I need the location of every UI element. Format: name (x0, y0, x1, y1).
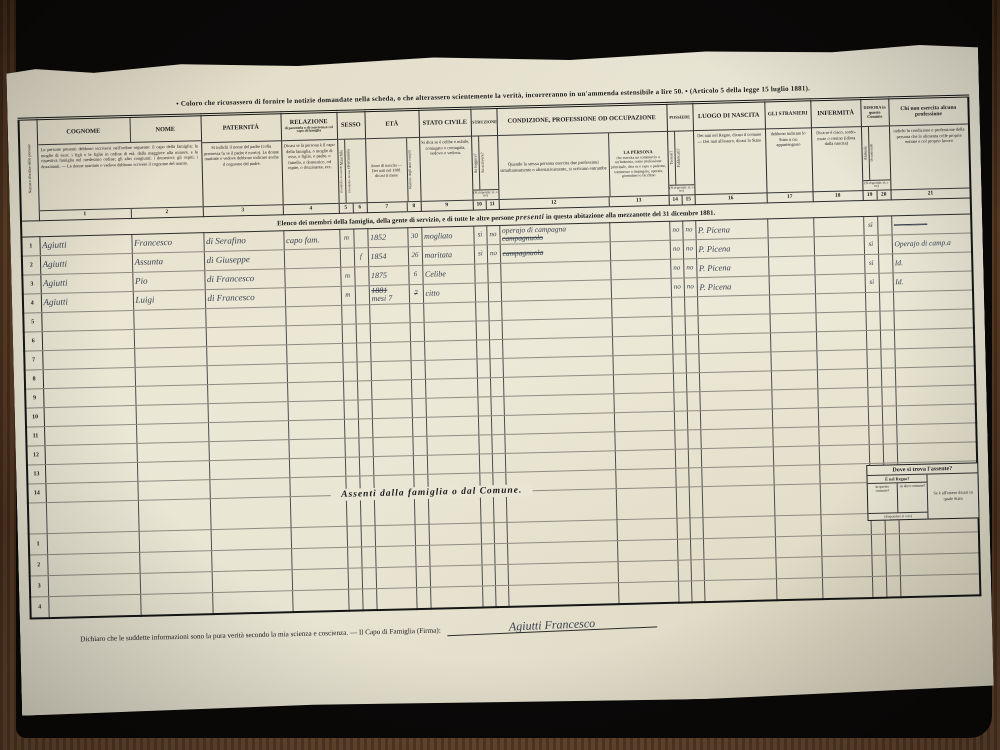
cell-sesso_f (357, 362, 371, 381)
cell-infermita (822, 555, 872, 577)
cell-occasionale (886, 576, 901, 598)
cell-stato (425, 359, 477, 379)
cell-anno (370, 323, 410, 343)
col-header-paternita: PATERNITÀ Si indichi il nome del padre (… (200, 113, 282, 217)
cell-paternita (208, 440, 288, 461)
cell-terreni (678, 581, 692, 603)
cell-scrive (495, 564, 509, 585)
row-number: 12 (26, 446, 44, 465)
cell-terreni (671, 297, 684, 316)
cell-paternita (206, 326, 286, 347)
cell-nome (140, 572, 212, 595)
cell-nome (135, 385, 207, 406)
cell-luogo (699, 352, 771, 373)
cell-anni: 6 (408, 265, 422, 284)
cell-abituale (868, 425, 882, 444)
cell-luogo (699, 390, 771, 411)
cell-sesso_f (362, 568, 377, 589)
cell-abituale: sì (864, 254, 878, 273)
cell-cognome (42, 348, 134, 369)
cell-nome (136, 423, 208, 444)
cell-stranieri (767, 218, 813, 238)
cell-terreni: no (671, 278, 684, 297)
col-header-cognome-nome: COGNOME NOME Le persone presenti debbono… (37, 115, 203, 221)
cell-sesso_m (347, 526, 362, 547)
in-altro-comune-label: in altro comune? (897, 483, 928, 513)
cell-persona (610, 259, 670, 279)
cell-luogo: P. Picena (696, 238, 768, 259)
cell-infermita (819, 445, 869, 465)
cell-fabbricati (685, 354, 698, 373)
cell-anno (369, 304, 409, 324)
cell-luogo: P. Picena (696, 257, 768, 278)
cell-stranieri (769, 275, 815, 295)
row-number: 11 (26, 427, 44, 446)
cell-relazione (292, 568, 348, 590)
cell-terreni: no (670, 240, 683, 259)
cell-sesso_m: m (340, 267, 354, 286)
cell-sesso_m (342, 324, 356, 343)
cell-sesso_f (359, 457, 373, 476)
cell-stranieri (770, 332, 816, 352)
row-number: 8 (25, 370, 43, 389)
cell-relazione (286, 324, 342, 344)
cell-paternita (211, 528, 291, 551)
cell-legge: sì (473, 226, 486, 245)
cell-scrive (494, 543, 508, 564)
cell-terreni (673, 392, 686, 411)
cell-stranieri (771, 370, 817, 390)
cell-occasionale (880, 311, 894, 330)
col-header-condizione: CONDIZIONE, PROFESSIONE OD OCCUPAZIONE Q… (496, 103, 668, 209)
cell-cognome (48, 573, 140, 596)
cell-nome (136, 442, 208, 463)
row-number: 4 (23, 294, 41, 313)
cell-anni (413, 455, 427, 474)
cell-scrive (490, 377, 503, 396)
cell-stato (423, 302, 475, 322)
cell-persona (618, 581, 679, 604)
cell-luogo (703, 537, 775, 560)
cell-terreni (677, 539, 691, 560)
cell-infermita (821, 534, 871, 556)
cell-sesso_f (356, 343, 370, 362)
cell-anno (376, 588, 417, 610)
cell-occasionale (881, 387, 895, 406)
head-of-family-signature: Agiutti Francesco (447, 614, 657, 636)
cell-abituale (866, 349, 880, 368)
cell-scrive (490, 396, 503, 415)
cell-infermita (816, 350, 866, 370)
cell-stato: maritata (422, 245, 474, 265)
cell-stato: citto (423, 283, 475, 303)
cell-sesso_f (354, 267, 368, 286)
cell-legge (477, 397, 490, 416)
cell-scrive (487, 263, 500, 282)
col-header-relazione: RELAZIONE di parentela o di convivenza c… (280, 111, 338, 214)
cell-persona (611, 297, 671, 317)
cell-nome: Assunta (132, 252, 204, 273)
cell-luogo: P. Picena (695, 219, 767, 240)
cell-anno (372, 437, 412, 457)
cell-scrive (488, 301, 501, 320)
row-number: 3 (22, 275, 40, 294)
cell-sesso_f (361, 526, 376, 547)
cell-chi_non (896, 404, 976, 425)
cell-fabbricati (685, 335, 698, 354)
cell-luogo (704, 579, 777, 602)
cell-infermita (818, 426, 868, 446)
cell-terreni (675, 449, 688, 468)
cell-chi_non (893, 290, 973, 311)
cell-stato: mogliato (421, 226, 473, 246)
cell-relazione (287, 381, 343, 401)
cell-relazione (284, 267, 340, 287)
cell-sesso_m (344, 438, 358, 457)
cell-paternita (212, 591, 293, 614)
cell-chi_non: ————— (891, 214, 971, 235)
cell-cognome (48, 594, 140, 618)
cell-sesso_f (357, 381, 371, 400)
cell-fabbricati (687, 430, 700, 449)
cell-nome (135, 366, 207, 387)
cell-sesso_f (356, 324, 370, 343)
cell-stato (424, 340, 476, 360)
cell-fabbricati: no (684, 278, 697, 297)
cell-occasionale (883, 444, 897, 463)
cell-nome (140, 593, 213, 616)
cell-persona (613, 373, 673, 393)
cell-occasionale (880, 330, 894, 349)
cell-fabbricati (688, 449, 701, 468)
cell-terreni: no (669, 221, 682, 240)
cell-relazione (291, 526, 347, 548)
cell-anno: 1875 (368, 266, 408, 286)
cell-paternita: di Giuseppe (204, 250, 284, 271)
cell-terreni (678, 560, 692, 581)
cell-relazione: capo fam. (283, 229, 339, 249)
cell-chi_non (894, 347, 974, 368)
cell-abituale (866, 330, 880, 349)
cell-sesso_f (355, 305, 369, 324)
cell-legge (477, 378, 490, 397)
cell-cognome (44, 405, 136, 426)
cell-cognome: Agiutti (39, 234, 131, 255)
se-estero-label: Se è all'estero dicasi in quale Stato (928, 473, 979, 518)
cell-infermita (813, 217, 863, 237)
cell-relazione (289, 457, 345, 477)
cell-scrive (494, 522, 508, 543)
cell-luogo (699, 371, 771, 392)
cell-cognome (44, 424, 136, 445)
cell-terreni (673, 373, 686, 392)
cell-abituale (866, 311, 880, 330)
cell-relazione (287, 362, 343, 382)
cell-abituale (871, 534, 886, 555)
cell-nome (136, 404, 208, 425)
cell-nome (139, 551, 211, 574)
census-sheet: • Coloro che ricusassero di fornire le n… (6, 42, 994, 716)
cell-cognome (43, 367, 135, 388)
cell-legge (481, 523, 495, 544)
cell-infermita (816, 312, 866, 332)
cell-fabbricati (690, 539, 704, 560)
cell-persona (617, 539, 677, 561)
cell-chi_non (900, 574, 981, 597)
cell-scrive (495, 585, 509, 607)
cell-anni (415, 524, 430, 545)
cell-sesso_m (347, 547, 362, 568)
cell-nome: Pio (132, 271, 204, 292)
cognome-nome-desc: Le persone presenti debbono iscriversi n… (38, 141, 203, 210)
cell-infermita (822, 576, 873, 599)
cell-legge (476, 321, 489, 340)
cell-paternita (211, 549, 291, 572)
cell-relazione (288, 438, 344, 458)
cell-luogo (700, 409, 772, 430)
cell-anno (370, 342, 410, 362)
cell-paternita (209, 459, 289, 480)
cell-legge (478, 435, 491, 454)
cell-terreni (672, 335, 685, 354)
cell-persona (611, 278, 671, 298)
cell-persona (613, 354, 673, 374)
cell-scrive (489, 320, 502, 339)
cell-sesso_f (361, 547, 376, 568)
cell-fabbricati: no (683, 259, 696, 278)
cell-persona (612, 316, 672, 336)
cell-scrive (489, 339, 502, 358)
cell-scrive (488, 282, 501, 301)
cell-stranieri (770, 313, 816, 333)
cell-anni (410, 341, 424, 360)
cell-terreni (672, 316, 685, 335)
cell-infermita (814, 255, 864, 275)
cell-sesso_m: m (341, 286, 355, 305)
cell-paternita (212, 570, 292, 593)
cell-condizione (507, 541, 617, 565)
cell-persona (610, 240, 670, 260)
cell-chi_non: Operajo di camp.a (892, 233, 972, 254)
cell-paternita (205, 307, 285, 328)
cell-stato (425, 378, 477, 398)
cell-persona (609, 221, 669, 241)
row-number: 10 (26, 408, 44, 427)
col-header-chi-non-esercita: Chi non esercita alcuna professione indi… (888, 96, 970, 200)
cell-cognome: Agiutti (40, 253, 132, 274)
cell-anno: 1852 (367, 228, 407, 248)
cell-cognome (43, 386, 135, 407)
cell-abituale (867, 368, 881, 387)
cell-sesso_m: m (339, 229, 353, 248)
cell-paternita: di Francesco (204, 269, 284, 290)
cell-infermita (817, 369, 867, 389)
cell-occasionale (880, 349, 894, 368)
cell-condizione (508, 562, 618, 586)
cell-infermita (815, 274, 865, 294)
cell-abituale: sì (865, 273, 879, 292)
row-number: 5 (23, 313, 41, 332)
cell-legge (481, 544, 495, 565)
cell-anno (372, 418, 412, 438)
cell-legge (477, 359, 490, 378)
col-header-istruzione: ISTRUZIONE Sa leggere? Sa scrivere? (Si … (470, 108, 498, 211)
cell-stranieri (776, 557, 822, 579)
cell-fabbricati (691, 581, 705, 603)
cell-anni (411, 398, 425, 417)
cell-occasionale (878, 235, 892, 254)
cell-legge (475, 302, 488, 321)
cell-infermita (818, 407, 868, 427)
cell-persona (614, 430, 674, 450)
cell-nome (133, 309, 205, 330)
col-header-stranieri: GLI STRANIERI debbono indicare lo Stato … (764, 100, 812, 203)
cell-anni (416, 587, 431, 609)
nome-title: NOME (129, 116, 201, 142)
row-number: 1 (29, 534, 48, 555)
cell-terreni (674, 430, 687, 449)
row-number: 1 (21, 237, 39, 256)
cell-anni (412, 417, 426, 436)
cell-persona (613, 392, 673, 412)
cell-relazione (287, 400, 343, 420)
cell-stato (426, 435, 478, 455)
cell-nome: Francesco (131, 233, 203, 254)
cell-relazione (285, 286, 341, 306)
cell-relazione (286, 343, 342, 363)
cell-sesso_f (357, 400, 371, 419)
dove-si-trova-assente-box: Dove si trova l'assente? È nel Regno? in… (866, 462, 979, 521)
col-header-stato-civile: STATO CIVILE Si dica se è celibe o nubil… (418, 108, 472, 211)
cell-abituale: sì (863, 216, 877, 235)
cell-anni (411, 360, 425, 379)
cell-terreni (674, 411, 687, 430)
cell-stranieri (772, 427, 818, 447)
cell-anno (373, 456, 413, 476)
cell-fabbricati (684, 297, 697, 316)
cell-sesso_f (358, 438, 372, 457)
cell-cognome (44, 443, 136, 464)
cell-anno (371, 399, 411, 419)
cell-sesso_m (342, 343, 356, 362)
cell-cognome: Agiutti (41, 291, 133, 312)
cell-stato (430, 586, 483, 609)
cell-legge (478, 416, 491, 435)
row-number: 4 (30, 597, 49, 619)
cell-relazione (291, 547, 347, 569)
cell-luogo (704, 558, 776, 581)
cell-cognome (41, 310, 133, 331)
cell-persona (612, 335, 672, 355)
row-number: 7 (24, 351, 42, 370)
cell-luogo (700, 428, 772, 449)
cell-fabbricati (687, 411, 700, 430)
cell-relazione (284, 248, 340, 268)
cell-paternita (208, 421, 288, 442)
cell-luogo (703, 516, 775, 539)
cell-nome (134, 347, 206, 368)
in-questo-comune-label: in questo comune? (868, 483, 898, 513)
cell-anni: 26 (408, 246, 422, 265)
cell-chi_non (897, 442, 977, 463)
cell-stranieri (771, 389, 817, 409)
cell-paternita: di Serafino (203, 231, 283, 252)
cell-stranieri (770, 351, 816, 371)
row-number: 2 (29, 555, 48, 576)
cell-relazione (292, 589, 349, 612)
cell-sesso_m (343, 381, 357, 400)
cell-stato (427, 454, 479, 474)
cell-scrive (491, 415, 504, 434)
cell-stranieri (769, 294, 815, 314)
cell-nome: Luigi (133, 290, 205, 311)
cell-chi_non (895, 385, 975, 406)
cell-anno (376, 567, 417, 589)
cell-fabbricati (691, 560, 705, 581)
cell-terreni (677, 518, 691, 539)
cell-anno: 1881mesi 7 (369, 285, 409, 305)
census-table: Numero d'ordine delle persone COGNOME NO… (17, 94, 981, 619)
cell-legge (475, 283, 488, 302)
cell-scrive (490, 358, 503, 377)
cell-occasionale (877, 216, 891, 235)
cell-relazione (285, 305, 341, 325)
cell-occasionale (885, 534, 900, 555)
cell-stranieri (772, 408, 818, 428)
row-number: 13 (27, 465, 45, 484)
cell-anni (416, 566, 431, 587)
cell-luogo (697, 295, 769, 316)
cell-stato (429, 544, 481, 566)
main-rows-body: 1AgiuttiFrancescodi Serafinocapo fam.m18… (21, 214, 977, 503)
cell-anni (412, 436, 426, 455)
cell-legge (474, 264, 487, 283)
cell-luogo (698, 314, 770, 335)
cell-sesso_m (344, 419, 358, 438)
cell-anno: 1854 (368, 247, 408, 267)
cell-persona (615, 449, 675, 469)
cell-fabbricati (686, 392, 699, 411)
cell-paternita: di Francesco (205, 288, 285, 309)
cell-nome (134, 328, 206, 349)
cell-legge (482, 586, 496, 608)
cell-stato: Celibe (422, 264, 474, 284)
cell-chi_non (896, 423, 976, 444)
cell-scrive (491, 434, 504, 453)
cell-anno (371, 361, 411, 381)
cell-anno (375, 525, 416, 547)
cell-condizione (508, 583, 618, 607)
cell-infermita (816, 331, 866, 351)
cell-paternita (207, 383, 287, 404)
cell-stranieri (768, 256, 814, 276)
row-number: 3 (30, 576, 49, 597)
cell-sesso_m (345, 457, 359, 476)
cell-cognome: Agiutti (40, 272, 132, 293)
cell-sesso_f (362, 589, 377, 611)
cell-sesso_f: f (354, 248, 368, 267)
cell-anni (409, 303, 423, 322)
cell-legge: sì (474, 245, 487, 264)
cell-legge (476, 340, 489, 359)
cell-anno (371, 380, 411, 400)
cell-persona (614, 411, 674, 431)
cell-infermita (817, 388, 867, 408)
cell-chi_non (894, 309, 974, 330)
col-header-luogo-nascita: LUOGO DI NASCITA Dei nati nel Regno, dic… (692, 101, 766, 205)
cell-abituale: sì (864, 235, 878, 254)
cell-anni (411, 379, 425, 398)
